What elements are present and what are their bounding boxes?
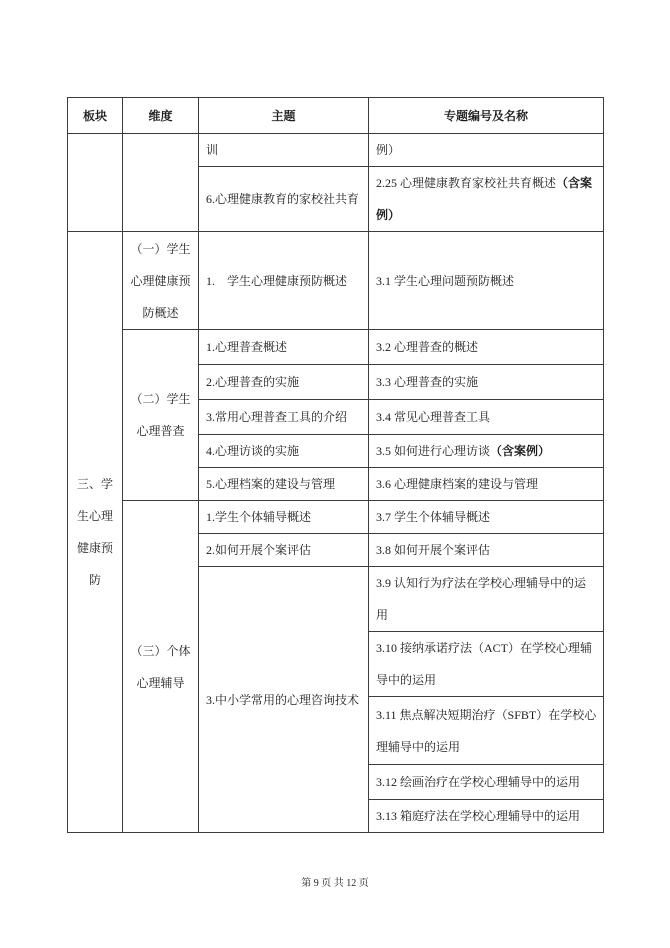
table-row: 训 例）	[68, 134, 604, 167]
code-cell: 例）	[369, 134, 604, 167]
code-text: 2.25 心理健康教育家校社共育概述	[376, 176, 556, 190]
code-cell: 3.6 心理健康档案的建设与管理	[369, 468, 604, 501]
dimension-cell: （三）个体 心理辅导	[123, 501, 199, 833]
column-header-board: 板块	[68, 98, 123, 134]
code-cell: 3.11 焦点解决短期治疗（SFBT）在学校心 理辅导中的运用	[369, 697, 604, 765]
code-bold-text: （含案例）	[490, 444, 550, 458]
code-cell: 3.12 绘画治疗在学校心理辅导中的运用	[369, 765, 604, 800]
table-row: 三、学 生心理 健康预 防 （一）学生 心理健康预 防概述 1. 学生心理健康预…	[68, 232, 604, 330]
code-cell: 2.25 心理健康教育家校社共育概述（含案例）	[369, 167, 604, 232]
dimension-cell: （一）学生 心理健康预 防概述	[123, 232, 199, 330]
dimension-cell: （二）学生 心理普查	[123, 330, 199, 501]
code-cell: 3.9 认知行为疗法在学校心理辅导中的运 用	[369, 567, 604, 632]
table-row: （三）个体 心理辅导 1.学生个体辅导概述 3.7 学生个体辅导概述	[68, 501, 604, 534]
code-cell: 3.13 箱庭疗法在学校心理辅导中的运用	[369, 800, 604, 833]
code-cell: 3.1 学生心理问题预防概述	[369, 232, 604, 330]
table-row: （二）学生 心理普查 1.心理普查概述 3.2 心理普查的概述	[68, 330, 604, 365]
dimension-cell-empty	[123, 134, 199, 232]
code-cell: 3.7 学生个体辅导概述	[369, 501, 604, 534]
curriculum-table: 板块 维度 主题 专题编号及名称 训 例） 6.心理健康教育的家校社共育 2.2…	[67, 97, 604, 833]
code-cell: 3.2 心理普查的概述	[369, 330, 604, 365]
code-cell: 3.3 心理普查的实施	[369, 365, 604, 400]
table-header-row: 板块 维度 主题 专题编号及名称	[68, 98, 604, 134]
code-text: 3.5 如何进行心理访谈	[376, 444, 490, 458]
code-cell: 3.10 接纳承诺疗法（ACT）在学校心理辅 导中的运用	[369, 632, 604, 697]
topic-cell: 3.中小学常用的心理咨询技术	[199, 567, 369, 833]
topic-cell: 2.心理普查的实施	[199, 365, 369, 400]
code-cell: 3.8 如何开展个案评估	[369, 534, 604, 567]
board-cell-empty	[68, 134, 123, 232]
page-footer: 第 9 页 共 12 页	[0, 875, 670, 893]
topic-cell: 4.心理访谈的实施	[199, 435, 369, 468]
document-page: 板块 维度 主题 专题编号及名称 训 例） 6.心理健康教育的家校社共育 2.2…	[0, 0, 670, 948]
topic-cell: 训	[199, 134, 369, 167]
topic-cell: 5.心理档案的建设与管理	[199, 468, 369, 501]
topic-cell: 1.心理普查概述	[199, 330, 369, 365]
topic-cell: 2.如何开展个案评估	[199, 534, 369, 567]
topic-cell: 1. 学生心理健康预防概述	[199, 232, 369, 330]
column-header-code-name: 专题编号及名称	[369, 98, 604, 134]
column-header-topic: 主题	[199, 98, 369, 134]
code-cell: 3.5 如何进行心理访谈（含案例）	[369, 435, 604, 468]
topic-cell: 3.常用心理普查工具的介绍	[199, 400, 369, 435]
column-header-dimension: 维度	[123, 98, 199, 134]
topic-cell: 6.心理健康教育的家校社共育	[199, 167, 369, 232]
board-cell: 三、学 生心理 健康预 防	[68, 232, 123, 833]
code-cell: 3.4 常见心理普查工具	[369, 400, 604, 435]
topic-cell: 1.学生个体辅导概述	[199, 501, 369, 534]
